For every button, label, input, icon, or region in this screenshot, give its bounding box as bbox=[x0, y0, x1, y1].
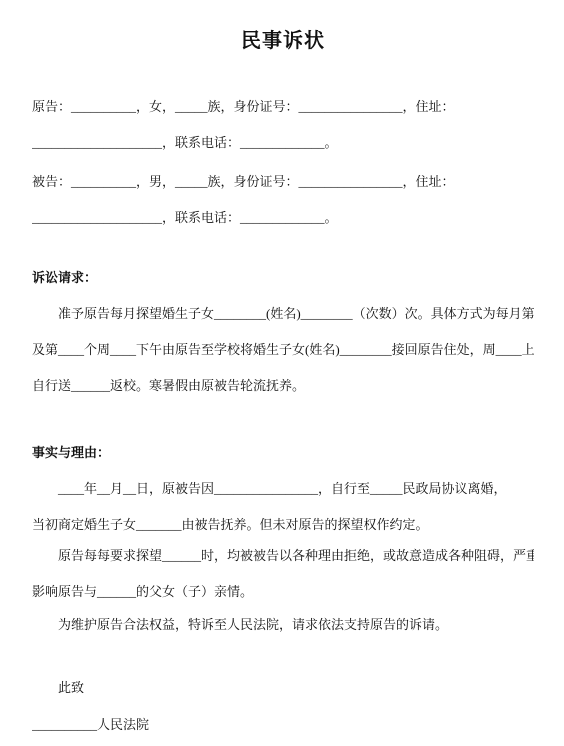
closing-block: 此致 bbox=[32, 670, 534, 706]
defendant-info-line: 被告：__________，男，_____族，身份证号：____________… bbox=[32, 164, 534, 200]
facts-line: ____年__月__日，原被告因________________，自行至____… bbox=[32, 471, 534, 507]
defendant-contact-line: ____________________，联系电话：_____________。 bbox=[32, 200, 534, 236]
claims-paragraph: 准予原告每月探望婚生子女________(姓名)________（次数）次。具体… bbox=[32, 296, 534, 404]
court-name-line: __________人民法院 bbox=[32, 707, 534, 743]
facts-paragraph-divorce: ____年__月__日，原被告因________________，自行至____… bbox=[32, 471, 534, 543]
plaintiff-contact-line: ____________________，联系电话：_____________。 bbox=[32, 125, 534, 161]
plaintiff-info-line: 原告：__________，女，_____族，身份证号：____________… bbox=[32, 89, 534, 125]
court-block: __________人民法院 bbox=[32, 707, 534, 743]
complaint-document-page: 民事诉状 原告：__________，女，_____族，身份证号：_______… bbox=[0, 0, 564, 746]
defendant-paragraph: 被告：__________，男，_____族，身份证号：____________… bbox=[32, 164, 534, 236]
claims-line: 及第____个周____下午由原告至学校将婚生子女(姓名)________接回原… bbox=[32, 332, 534, 368]
facts-line: 原告每每要求探望______时，均被被告以各种理由拒绝，或故意造成各种阻碍，严重 bbox=[32, 538, 534, 574]
plaintiff-paragraph: 原告：__________，女，_____族，身份证号：____________… bbox=[32, 89, 534, 161]
claims-line: 准予原告每月探望婚生子女________(姓名)________（次数）次。具体… bbox=[32, 296, 534, 332]
facts-paragraph-obstruction: 原告每每要求探望______时，均被被告以各种理由拒绝，或故意造成各种阻碍，严重… bbox=[32, 538, 534, 610]
document-title: 民事诉状 bbox=[32, 24, 534, 58]
facts-line: 影响原告与______的父女（子）亲情。 bbox=[32, 574, 534, 610]
claims-section-heading: 诉讼请求： bbox=[32, 260, 534, 296]
facts-line: 为维护原告合法权益，特诉至人民法院，请求依法支持原告的诉请。 bbox=[32, 607, 534, 643]
claims-line: 自行送______返校。寒暑假由原被告轮流抚养。 bbox=[32, 368, 534, 404]
closing-salutation-line: 此致 bbox=[32, 670, 534, 706]
facts-paragraph-request: 为维护原告合法权益，特诉至人民法院，请求依法支持原告的诉请。 bbox=[32, 607, 534, 643]
facts-section-heading: 事实与理由： bbox=[32, 435, 534, 471]
